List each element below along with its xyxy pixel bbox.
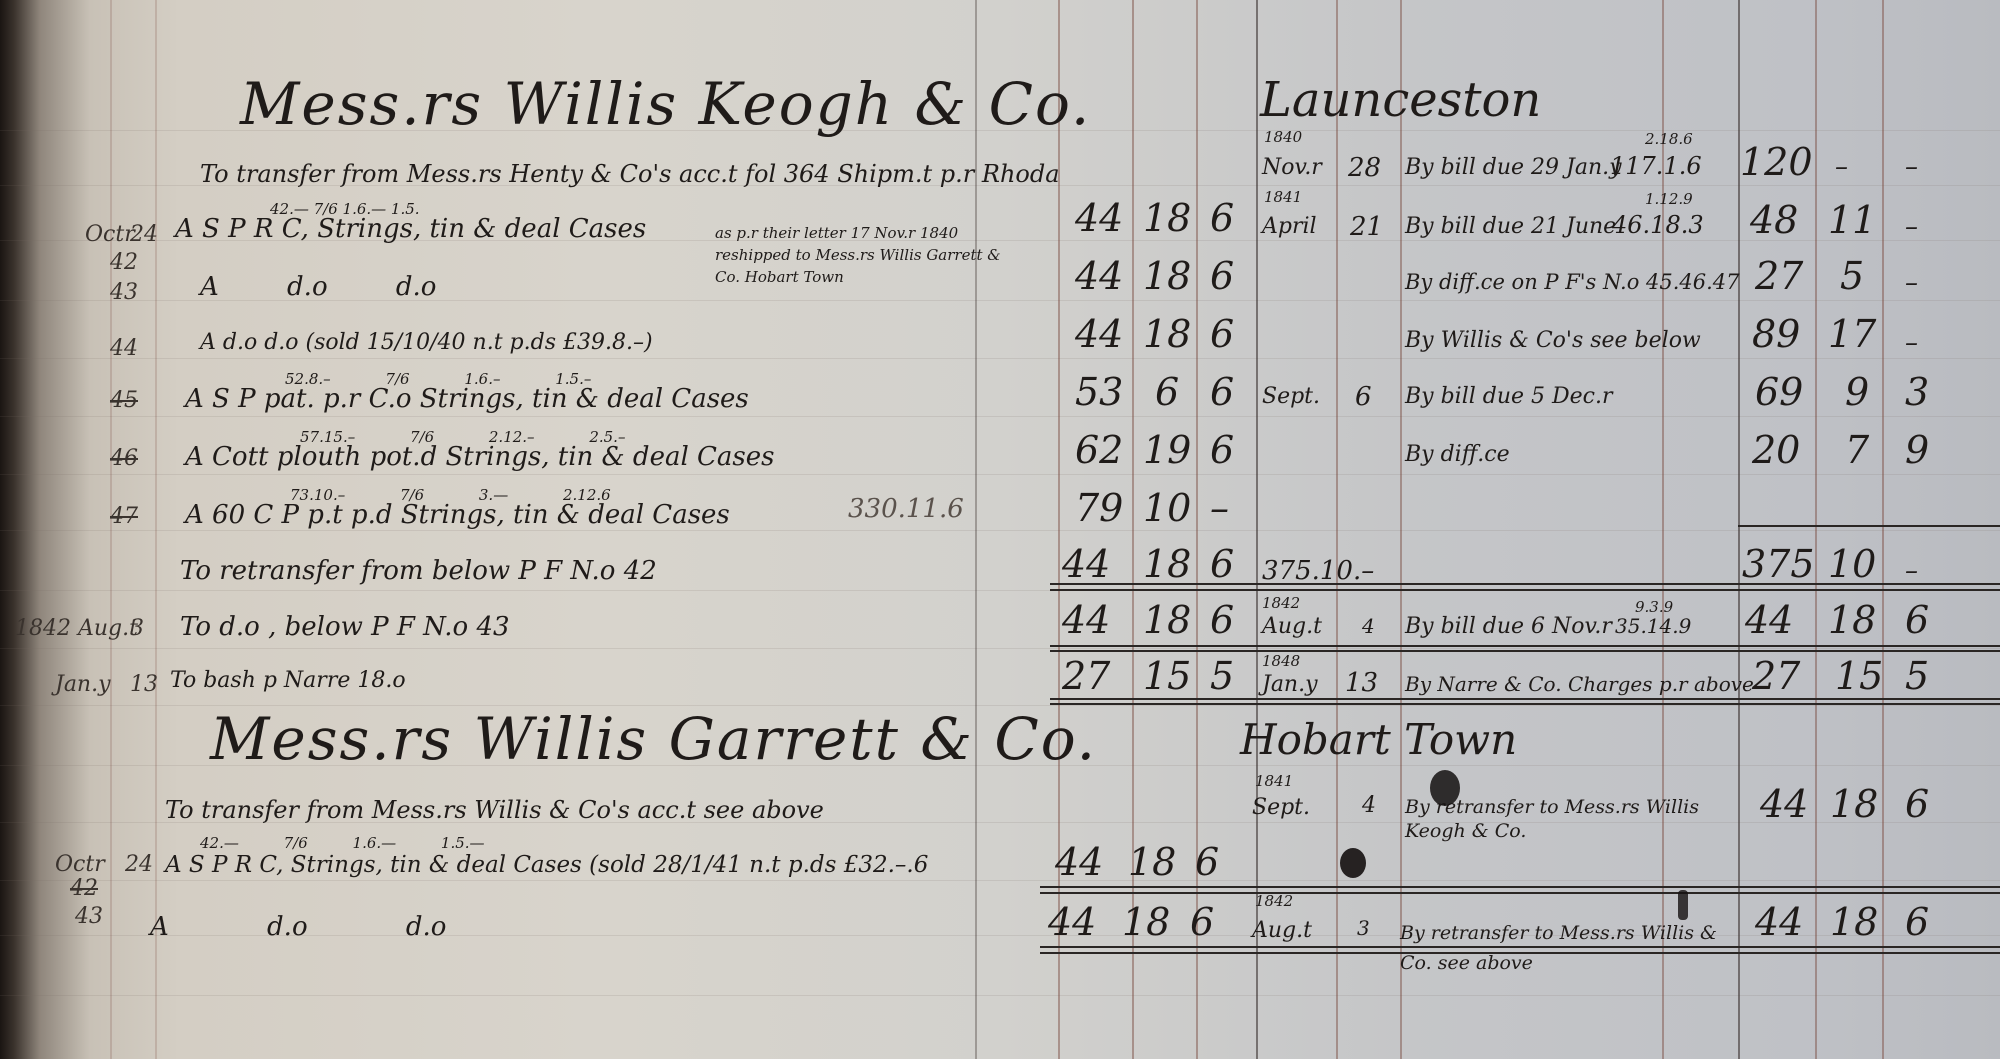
ink-blot [1340, 848, 1366, 878]
settled-rule [1040, 886, 2000, 888]
ledger-page: Mess.rs Willis Keogh & Co. Launceston To… [0, 0, 2000, 1059]
account-1-intro: To transfer from Mess.rs Henty & Co's ac… [200, 160, 1060, 188]
debit-side-note: 375.10.– [1262, 556, 1374, 586]
settled-rule [1050, 698, 2000, 700]
account-2-title: Mess.rs Willis Garrett & Co. [210, 705, 1097, 773]
account-2-intro: To transfer from Mess.rs Willis & Co's a… [165, 796, 824, 824]
account-1-title: Mess.rs Willis Keogh & Co. [240, 70, 1091, 138]
side-total: 330.11.6 [848, 494, 964, 524]
day-rule [1400, 0, 1402, 1059]
settled-rule [1050, 650, 2000, 652]
total-rule [1050, 589, 2000, 591]
account-2-place: Hobart Town [1240, 715, 1517, 764]
side-rule [975, 0, 977, 1059]
subtotal-rule [1738, 525, 2000, 527]
shillings-rule-right [1815, 0, 1817, 1059]
pence-rule-right [1882, 0, 1884, 1059]
settled-rule [1040, 892, 2000, 894]
settled-rule [1050, 645, 2000, 647]
account-1-place: Launceston [1260, 72, 1541, 128]
settled-rule [1050, 703, 2000, 705]
ink-blot [1678, 890, 1688, 920]
month-rule [1336, 0, 1338, 1059]
ink-blot [1430, 770, 1460, 806]
margin-rule [110, 0, 112, 1059]
date-rule [155, 0, 157, 1059]
